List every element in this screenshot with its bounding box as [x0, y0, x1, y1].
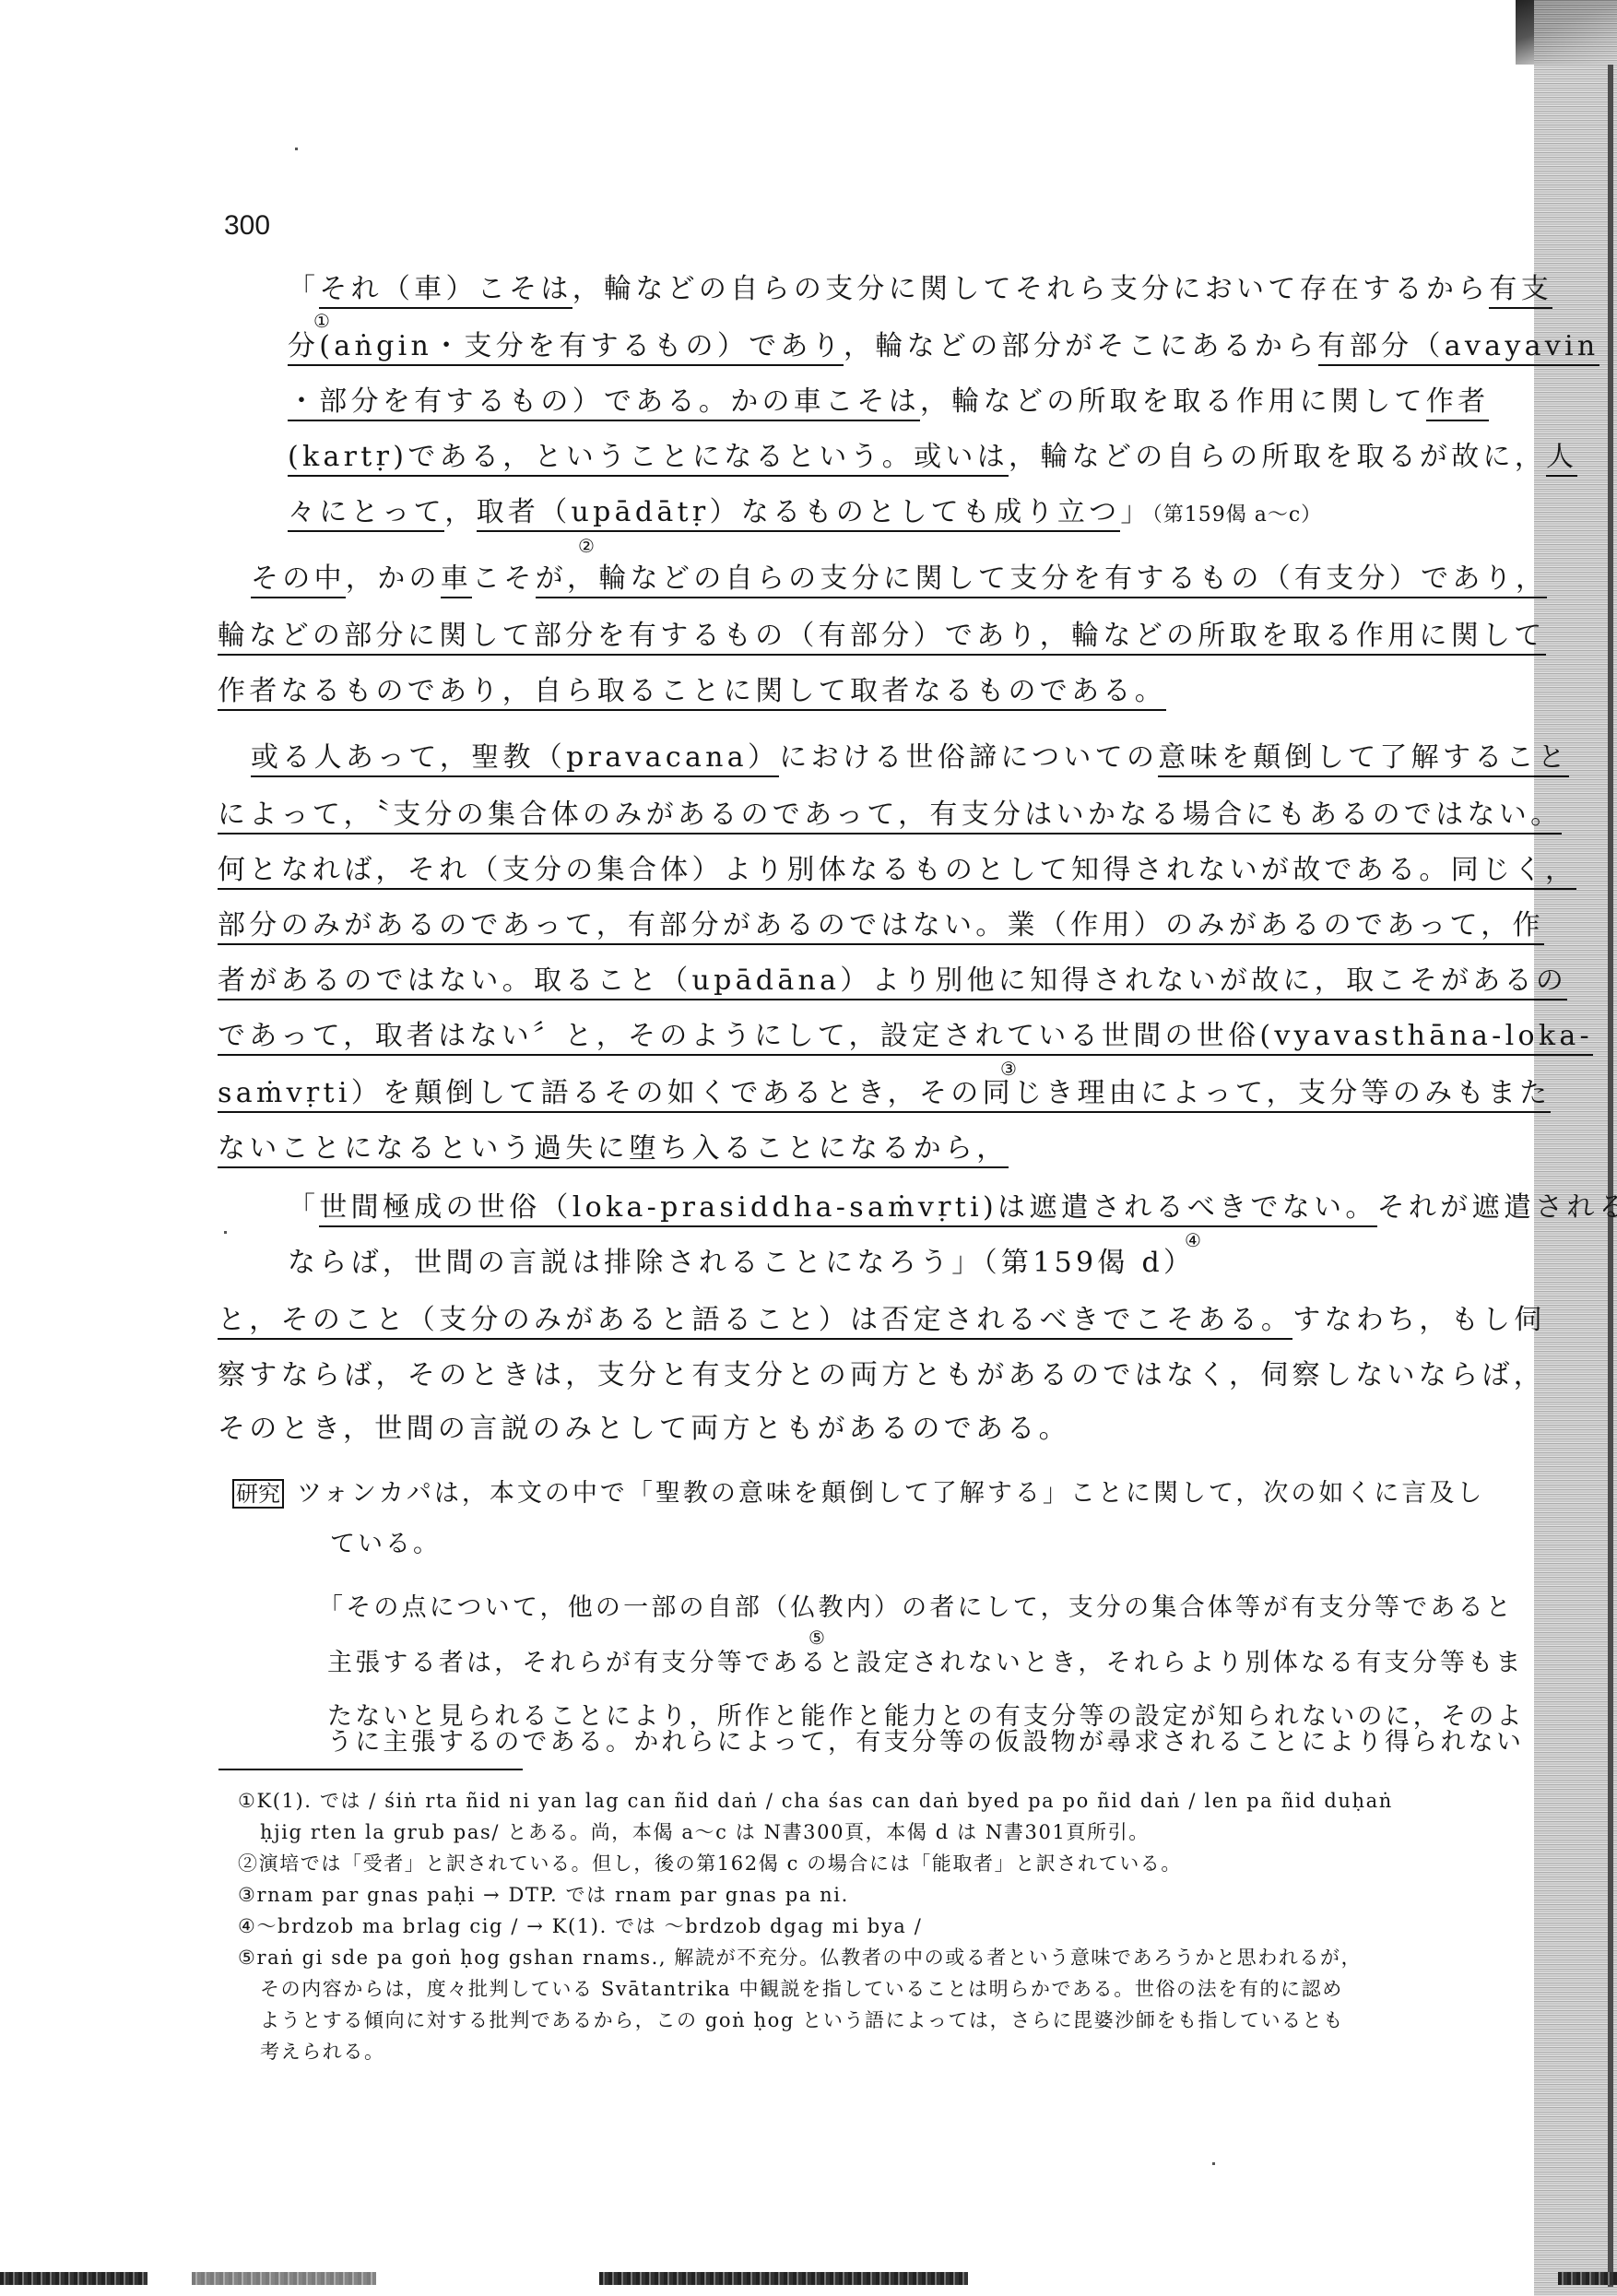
- underlined-text: 者があるのではない。取ること（upādāna）より別他に知得されないが故に，取こ…: [218, 965, 1567, 1000]
- footnote-1-cont: ḥjig rten la grub pas/ とある。尚，本偈 a〜c は N書…: [260, 1818, 1150, 1846]
- underlined-text: 人: [1546, 441, 1577, 477]
- underlined-text: であって，取者はない〞と，そのようにして，設定されている世間の世俗(vyavas…: [218, 1020, 1593, 1056]
- underlined-text: ・部分を有するもの）である。かの車こそは: [288, 385, 920, 421]
- text-line: そのとき，世間の言説のみとして両方ともがあるのである。: [218, 1411, 1070, 1448]
- text-line: ないことになるという過失に堕ち入ることになるから，: [218, 1130, 1009, 1167]
- text-line: 々にとって，取者（upādātṛ）なるものとしても成り立つ」（第159偈 a〜c…: [288, 494, 1322, 534]
- underlined-text: が，輪などの自らの支分に関して支分を有するもの（有支分）であり，: [536, 562, 1548, 598]
- footnote-4: ④〜brdzob ma brlag cig / → K(1). では 〜brdz…: [238, 1912, 922, 1940]
- text-line: 「その点について，他の一部の自部（仏教内）の者にして，支分の集合体等が有支分等で…: [318, 1590, 1514, 1627]
- text-line: 者があるのではない。取ること（upādāna）より別他に知得されないが故に，取こ…: [218, 963, 1567, 1000]
- scan-speck: [295, 148, 298, 150]
- underlined-text: 分(aṅgin・支分を有するもの）であり: [288, 330, 844, 366]
- text-line: 作者なるものであり，自ら取ることに関して取者なるものである。: [218, 673, 1166, 710]
- footnote-5: ⑤raṅ gi sde pa goṅ ḥog gshan rnams., 解読が…: [238, 1944, 1362, 1971]
- text-line: 或る人あって，聖教（pravacana）における世俗諦についての意味を顛倒して了…: [251, 740, 1569, 776]
- underlined-text: によって，〝支分の集合体のみがあるのであって，有支分はいかなる場合にもあるのでは…: [218, 799, 1562, 834]
- scan-edge-bottom-left2: [192, 2272, 376, 2285]
- text-line: 分(aṅgin・支分を有するもの）であり，輪などの部分がそこにあるから有部分（a…: [288, 328, 1599, 365]
- footnote-5-cont: 考えられる。: [260, 2038, 385, 2065]
- text-line: 部分のみがあるのであって，有部分があるのではない。業（作用）のみがあるのであって…: [218, 907, 1544, 944]
- underlined-text: 有支: [1489, 273, 1552, 309]
- text-line: 輪などの部分に関して部分を有するもの（有部分）であり，輪などの所取を取る作用に関…: [218, 618, 1546, 655]
- page-number: 300: [224, 210, 270, 242]
- footnote-marker-2: ②: [578, 535, 595, 557]
- underlined-text: と，そのこと（支分のみがあると語ること）は否定されるべきでこそある。: [218, 1304, 1292, 1340]
- text-line: 研究ツォンカパは，本文の中で「聖教の意味を顛倒して了解する」ことに関して，次の如…: [232, 1475, 1484, 1512]
- underlined-text: 有部分（avayavin: [1318, 330, 1599, 366]
- underlined-text: 車: [441, 562, 472, 598]
- research-label-box: 研究: [232, 1479, 284, 1509]
- text-line: うに主張するのである。かれらによって，有支分等の仮設物が尋求されることにより得ら…: [327, 1724, 1524, 1761]
- text-line: 「世間極成の世俗（loka-prasiddha-saṁvṛti)は遮遣されるべき…: [288, 1189, 1617, 1226]
- text-line: saṁvṛti）を顛倒して語るその如くであるとき，その同じき理由によって，支分等…: [218, 1075, 1551, 1112]
- underlined-text: 意味を顛倒して了解すること: [1158, 741, 1569, 777]
- underlined-text: 作者なるものであり，自ら取ることに関して取者なるものである。: [218, 675, 1166, 711]
- text-line: 何となれば，それ（支分の集合体）より別体なるものとして知得されないが故である。同…: [218, 852, 1576, 889]
- verse-reference: （第159偈 a〜c）: [1152, 503, 1322, 527]
- underlined-text: 或る人あって，聖教（pravacana）: [251, 741, 779, 777]
- footnote-5-cont: その内容からは，度々批判している Svātantrika 中観説を指していること…: [260, 1975, 1343, 2003]
- footnote-3: ③rnam par gnas paḥi → DTP. では rnam par g…: [238, 1881, 849, 1909]
- text-line: 「それ（車）こそは，輪などの自らの支分に関してそれら支分において存在するから有支: [288, 271, 1552, 308]
- text-line: ている。: [330, 1526, 441, 1563]
- text-line: であって，取者はない〞と，そのようにして，設定されている世間の世俗(vyavas…: [218, 1018, 1593, 1055]
- underlined-text: 何となれば，それ（支分の集合体）より別体なるものとして知得されないが故である。同…: [218, 854, 1576, 890]
- underlined-text: saṁvṛti）を顛倒して語るその如くであるとき，その同じき理由によって，支分等…: [218, 1077, 1551, 1113]
- scan-edge-bottom-left: [0, 2272, 148, 2285]
- text-line: 主張する者は，それらが有支分等であると設定されないとき，それらより別体なる有支分…: [327, 1645, 1524, 1682]
- underlined-text: 世間極成の世俗（loka-prasiddha-saṁvṛti)は遮遣されるべきで…: [319, 1191, 1376, 1227]
- underlined-text: その中: [251, 562, 346, 598]
- text-line: によって，〝支分の集合体のみがあるのであって，有支分はいかなる場合にもあるのでは…: [218, 797, 1562, 834]
- text-line: (kartṛ)である，ということになるという。或いは，輪などの自らの所取を取るが…: [288, 439, 1577, 476]
- text-line: ・部分を有するもの）である。かの車こそは，輪などの所取を取る作用に関して作者: [288, 384, 1489, 420]
- footnote-separator: [218, 1769, 523, 1770]
- footnote-1: ①K(1). では / śiṅ rta ñid ni yan lag can ñ…: [238, 1787, 1393, 1815]
- text-line: と，そのこと（支分のみがあると語ること）は否定されるべきでこそある。すなわち，も…: [218, 1302, 1546, 1339]
- underlined-text: 々にとって: [288, 496, 444, 532]
- underlined-text: ないことになるという過失に堕ち入ることになるから，: [218, 1132, 1009, 1168]
- text-line: その中，かの車こそが，輪などの自らの支分に関して支分を有するもの（有支分）であり…: [251, 561, 1547, 598]
- text-line: 察すならば，そのときは，支分と有支分との両方ともがあるのではなく，伺察しないなら…: [218, 1357, 1545, 1394]
- underlined-text: 取者（upādātṛ）なるものとしても成り立つ: [477, 496, 1121, 532]
- scan-speck: [1212, 2162, 1215, 2165]
- scan-speck: [224, 1231, 227, 1234]
- scan-edge-bottom-mid: [599, 2272, 968, 2285]
- scan-edge-bottom-right: [1558, 2272, 1617, 2285]
- underlined-text: 作者: [1426, 385, 1490, 421]
- underlined-text: (kartṛ)である，ということになるという。或いは: [288, 441, 1009, 477]
- text-line: ならば，世間の言説は排除されることになろう」（第159偈 d）: [288, 1245, 1195, 1282]
- underlined-text: 輪などの部分に関して部分を有するもの（有部分）であり，輪などの所取を取る作用に関…: [218, 620, 1546, 656]
- footnote-2: ②演培では「受者」と訳されている。但し，後の第162偈 c の場合には「能取者」…: [238, 1850, 1182, 1877]
- footnote-5-cont: ようとする傾向に対する批判であるから，この goṅ ḥog という語によっては，…: [260, 2006, 1344, 2034]
- underlined-text: それ（車）こそは: [319, 273, 572, 309]
- underlined-text: 部分のみがあるのであって，有部分があるのではない。業（作用）のみがあるのであって…: [218, 909, 1544, 945]
